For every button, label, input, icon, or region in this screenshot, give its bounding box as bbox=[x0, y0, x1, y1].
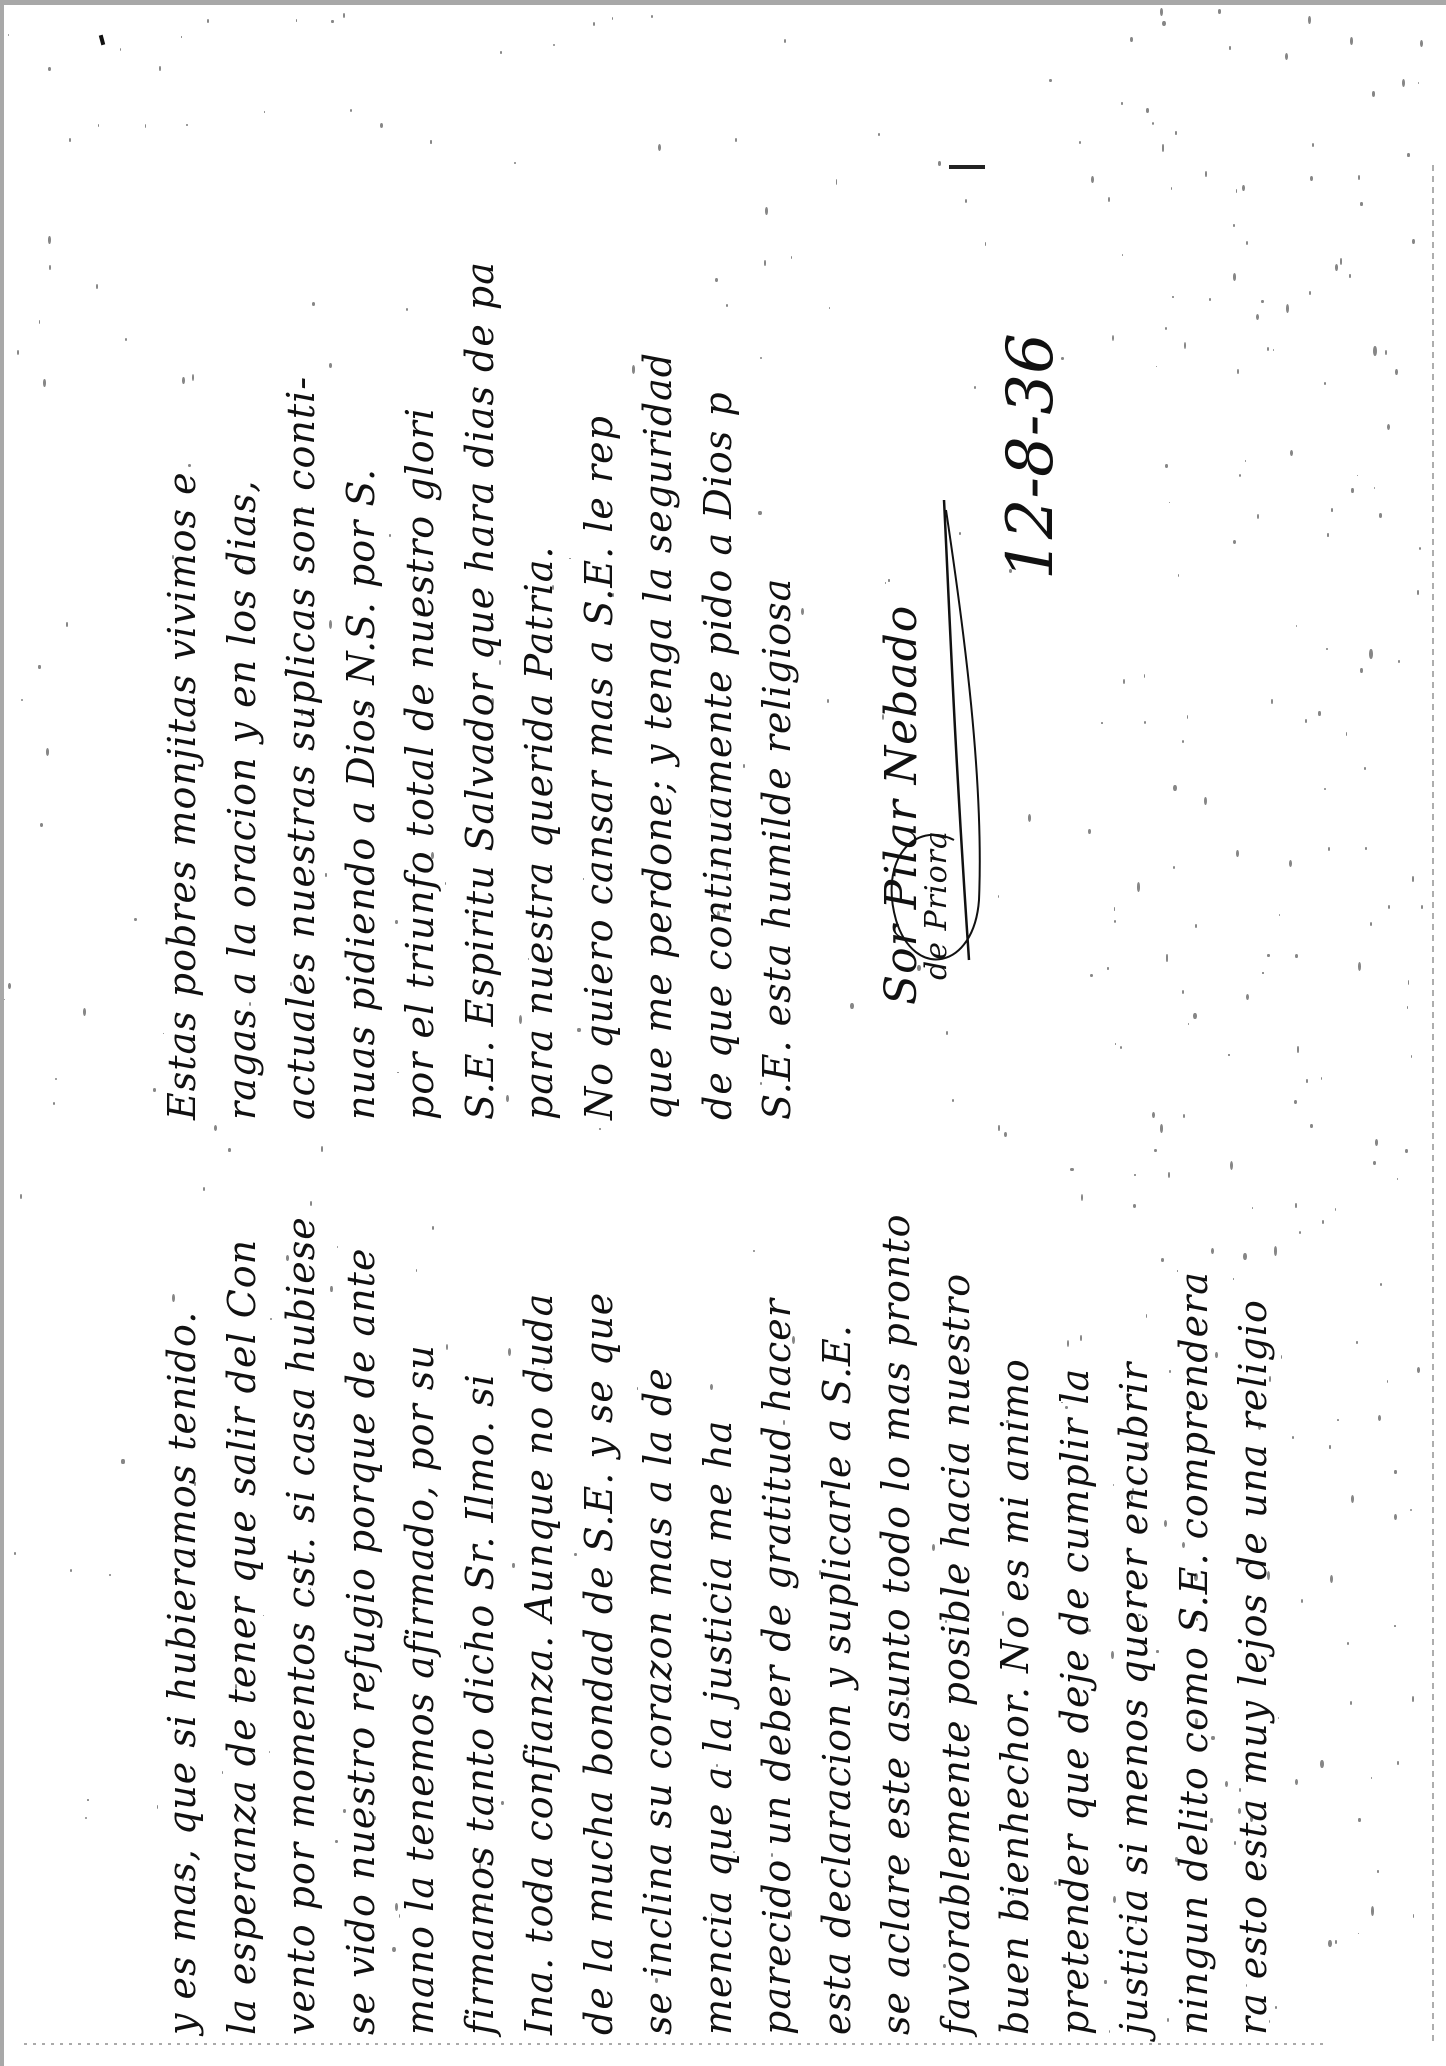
scan-speckle bbox=[1410, 1509, 1412, 1511]
scan-speckle bbox=[1187, 715, 1188, 719]
scan-speckle bbox=[1080, 1335, 1082, 1341]
scan-speckle bbox=[1388, 905, 1390, 909]
scan-speckle bbox=[1169, 502, 1170, 504]
scan-speckle bbox=[1318, 711, 1321, 715]
scan-speckle bbox=[632, 365, 635, 373]
scan-speckle bbox=[1133, 1640, 1135, 1643]
scan-speckle bbox=[1233, 224, 1235, 228]
scan-speckle bbox=[1267, 954, 1269, 957]
scan-speckle bbox=[827, 699, 829, 703]
scan-speckle bbox=[583, 878, 585, 880]
letter-line-lower: esta declaracion y suplicarle a S.E. bbox=[815, 1324, 859, 2035]
scan-speckle bbox=[228, 1148, 231, 1152]
scan-speckle bbox=[1164, 1520, 1167, 1527]
scan-speckle bbox=[819, 1570, 821, 1575]
scan-speckle bbox=[1331, 508, 1334, 512]
scan-speckle bbox=[1327, 533, 1328, 537]
scan-speckle bbox=[1211, 1736, 1214, 1740]
scan-speckle bbox=[998, 1125, 1000, 1130]
scan-speckle bbox=[21, 699, 23, 701]
scan-speckle bbox=[1108, 197, 1110, 202]
scan-speckle bbox=[1358, 1933, 1359, 1935]
scan-speckle bbox=[1081, 1194, 1083, 1201]
scan-speckle bbox=[1395, 369, 1397, 375]
scan-speckle bbox=[1335, 1940, 1337, 1944]
scan-speckle bbox=[1420, 40, 1423, 47]
letter-line-lower: ra esto esta muy lejos de una religio bbox=[1231, 1299, 1275, 2035]
scan-speckle bbox=[1305, 719, 1308, 723]
scan-speckle bbox=[389, 534, 391, 537]
scan-speckle bbox=[882, 714, 884, 720]
letter-line-lower: pretender que deje de cumplir la bbox=[1053, 1368, 1097, 2035]
scan-speckle bbox=[134, 918, 137, 921]
scan-speckle bbox=[145, 124, 147, 129]
scan-speckle bbox=[296, 1571, 297, 1574]
scan-speckle bbox=[1417, 590, 1420, 594]
scan-speckle bbox=[182, 377, 185, 384]
scan-speckle bbox=[1412, 876, 1414, 881]
scan-speckle bbox=[1380, 1283, 1382, 1285]
scan-speckle bbox=[540, 1887, 541, 1891]
scan-speckle bbox=[658, 144, 661, 151]
scan-speckle bbox=[1195, 1718, 1197, 1725]
scan-speckle bbox=[1292, 1436, 1294, 1439]
scan-speckle bbox=[1407, 153, 1409, 157]
scan-speckle bbox=[1358, 962, 1361, 971]
letter-line-lower: mencia que a la justicia me ha bbox=[696, 1420, 740, 2035]
scan-speckle bbox=[1289, 860, 1292, 867]
scan-speckle bbox=[1109, 2030, 1110, 2033]
scan-speckle bbox=[1360, 668, 1363, 673]
scan-speckle bbox=[1413, 1914, 1415, 1918]
scan-speckle bbox=[55, 1078, 57, 1081]
scan-speckle bbox=[125, 338, 127, 342]
scan-speckle bbox=[1378, 1415, 1381, 1421]
scan-speckle bbox=[1275, 2006, 1277, 2008]
scan-speckle bbox=[1308, 16, 1311, 24]
scan-speckle bbox=[938, 161, 941, 165]
scan-speckle bbox=[1061, 1402, 1062, 1404]
scan-speckle bbox=[1330, 1575, 1333, 1583]
scan-speckle bbox=[1335, 264, 1338, 271]
scan-speckle bbox=[974, 386, 976, 389]
scan-speckle bbox=[764, 260, 766, 266]
letter-line-upper: para nuestra querida Patria. bbox=[517, 546, 561, 1121]
scan-speckle bbox=[508, 1348, 511, 1356]
scan-speckle bbox=[1326, 648, 1328, 650]
letter-line-lower: firmamos tanto dicho Sr. Ilmo. si bbox=[458, 1373, 502, 2035]
scan-speckle bbox=[1296, 625, 1297, 627]
letter-line-lower: Ina. toda confianza. Aunque no duda bbox=[517, 1293, 561, 2035]
scan-speckle bbox=[1104, 1980, 1106, 1984]
scan-speckle bbox=[850, 1003, 853, 1009]
scan-speckle bbox=[1229, 46, 1230, 50]
scan-speckle bbox=[1407, 1006, 1408, 1008]
scan-speckle bbox=[1347, 1642, 1349, 1644]
scan-speckle bbox=[85, 1817, 87, 1819]
scan-speckle bbox=[735, 138, 737, 142]
scan-speckle bbox=[651, 15, 653, 18]
scan-speckle bbox=[1256, 314, 1259, 320]
scan-speckle bbox=[1215, 1352, 1218, 1358]
scan-speckle bbox=[943, 1964, 946, 1968]
scan-speckle bbox=[1236, 189, 1238, 193]
scan-speckle bbox=[1112, 335, 1114, 341]
scan-speckle bbox=[829, 307, 830, 309]
letter-line-lower: se inclina su corazon mas a la de bbox=[636, 1367, 680, 2035]
scan-speckle bbox=[446, 1344, 448, 1350]
letter-line-upper: S.E. Espiritu Salvador que hara dias de … bbox=[458, 261, 502, 1120]
scan-speckle bbox=[121, 1459, 124, 1464]
scan-speckle bbox=[1218, 9, 1221, 14]
scan-speckle bbox=[1408, 980, 1410, 985]
scan-speckle bbox=[263, 1615, 264, 1616]
scan-speckle bbox=[1274, 1246, 1277, 1256]
letter-line-lower: buen bienhechor. No es mi animo bbox=[993, 1358, 1037, 2035]
scan-speckle bbox=[791, 256, 792, 258]
scan-speckle bbox=[416, 1269, 418, 1273]
scan-speckle bbox=[1143, 1602, 1146, 1609]
scan-speckle bbox=[1162, 21, 1165, 26]
scan-speckle bbox=[499, 660, 501, 665]
scan-speckle bbox=[1324, 382, 1327, 385]
scan-speckle bbox=[329, 363, 332, 368]
scan-speckle bbox=[1397, 1178, 1398, 1180]
scan-speckle bbox=[1358, 1818, 1361, 1823]
scan-speckle bbox=[48, 67, 51, 72]
scan-speckle bbox=[1079, 141, 1081, 144]
scan-speckle bbox=[98, 124, 100, 128]
scan-speckle bbox=[1161, 1258, 1164, 1262]
scan-speckle bbox=[733, 1851, 735, 1853]
letter-line-lower: justicia si menos querer encubrir bbox=[1112, 1362, 1156, 2035]
scan-speckle bbox=[1120, 1046, 1122, 1049]
scan-speckle bbox=[985, 242, 987, 245]
scan-speckle bbox=[1233, 540, 1236, 544]
scan-speckle bbox=[4, 999, 5, 1000]
scan-speckle bbox=[296, 19, 298, 22]
scan-speckle bbox=[66, 622, 69, 627]
scan-speckle bbox=[1281, 1355, 1282, 1359]
scan-speckle bbox=[186, 124, 188, 126]
scan-speckle bbox=[1350, 37, 1353, 44]
scan-speckle bbox=[1236, 850, 1239, 857]
scan-speckle bbox=[1394, 1470, 1396, 1474]
scan-speckle bbox=[1172, 296, 1174, 299]
scan-speckle bbox=[1168, 1172, 1170, 1178]
scan-speckle bbox=[207, 19, 209, 23]
scan-speckle bbox=[286, 1255, 289, 1260]
scan-speckle bbox=[1175, 131, 1176, 135]
scan-speckle bbox=[1412, 239, 1415, 245]
scan-speckle bbox=[917, 965, 920, 971]
scan-speckle bbox=[406, 308, 408, 311]
scan-speckle bbox=[1360, 202, 1363, 205]
scan-speckle bbox=[1295, 1203, 1297, 1208]
scan-speckle bbox=[743, 764, 745, 767]
scan-speckle bbox=[1394, 1625, 1395, 1627]
scan-speckle bbox=[1312, 143, 1314, 147]
scan-speckle bbox=[1123, 679, 1125, 684]
scan-speckle bbox=[1385, 350, 1387, 355]
scan-speckle bbox=[194, 1482, 196, 1486]
scan-speckle bbox=[1114, 907, 1116, 910]
scan-speckle bbox=[1004, 1132, 1007, 1137]
scan-speckle bbox=[612, 17, 614, 21]
scan-speckle bbox=[1279, 914, 1280, 916]
scan-speckle bbox=[552, 585, 554, 590]
scan-speckle bbox=[1238, 1808, 1241, 1814]
scan-speckle bbox=[998, 895, 999, 899]
scan-speckle bbox=[1335, 1208, 1337, 1212]
scan-speckle bbox=[1166, 954, 1169, 961]
scan-speckle bbox=[1165, 464, 1168, 467]
scan-speckle bbox=[1246, 994, 1249, 1001]
scan-speckle bbox=[1358, 175, 1360, 180]
scan-speckle bbox=[1369, 649, 1372, 659]
scan-speckle bbox=[1294, 1100, 1297, 1104]
scan-speckle bbox=[1309, 291, 1311, 295]
letter-line-upper: ragas a la oracion y en los dias, bbox=[220, 480, 264, 1120]
scan-speckle bbox=[1387, 424, 1390, 431]
scan-speckle bbox=[1156, 1650, 1158, 1653]
scan-speckle bbox=[491, 698, 494, 706]
scan-speckle bbox=[1310, 176, 1313, 181]
letter-line-lower: parecido un deber de gratitud hacer bbox=[755, 1298, 799, 2035]
scan-speckle bbox=[1205, 171, 1208, 177]
scan-speckle bbox=[1320, 1760, 1323, 1768]
scan-speckle bbox=[514, 162, 516, 164]
scan-speckle bbox=[940, 1588, 943, 1593]
scan-speckle bbox=[1252, 1207, 1253, 1209]
scan-speckle bbox=[431, 852, 434, 859]
ink-dash bbox=[949, 165, 985, 169]
scan-speckle bbox=[1324, 788, 1326, 790]
scan-speckle bbox=[38, 665, 40, 668]
scan-speckle bbox=[242, 567, 243, 569]
scan-speckle bbox=[1194, 1573, 1197, 1581]
scan-speckle bbox=[325, 873, 327, 876]
letter-line-upper: nuas pidiendo a Dios N.S. por S. bbox=[339, 468, 383, 1120]
scan-speckle bbox=[343, 13, 345, 18]
scan-speckle bbox=[1250, 1816, 1253, 1823]
scan-speckle bbox=[337, 1246, 338, 1248]
scan-speckle bbox=[1246, 241, 1248, 245]
scan-speckle bbox=[87, 1799, 88, 1801]
scan-speckle bbox=[172, 1294, 175, 1302]
letter-line-lower: se aclare este asunto todo lo mas pronto bbox=[874, 1213, 918, 2035]
scan-speckle bbox=[53, 1102, 56, 1105]
scan-speckle bbox=[1070, 1168, 1073, 1171]
scan-speckle bbox=[1009, 569, 1012, 573]
scan-speckle bbox=[500, 51, 502, 54]
letter-date: 12-8-36 bbox=[994, 333, 1068, 580]
scan-speckle bbox=[657, 1899, 658, 1900]
scan-speckle bbox=[1160, 8, 1163, 16]
scan-speckle bbox=[728, 611, 730, 615]
scan-speckle bbox=[1144, 674, 1145, 678]
scan-speckle bbox=[310, 1201, 312, 1206]
scan-speckle bbox=[512, 1563, 514, 1568]
scan-speckle bbox=[1261, 300, 1264, 304]
scan-speckle bbox=[1195, 924, 1197, 927]
scan-speckle bbox=[46, 748, 49, 756]
scan-speckle bbox=[1209, 298, 1211, 300]
scan-speckle bbox=[1067, 1340, 1070, 1347]
scan-speckle bbox=[1357, 475, 1358, 476]
scan-speckle bbox=[214, 1125, 217, 1132]
scan-speckle bbox=[1239, 1788, 1242, 1791]
scan-speckle bbox=[264, 111, 265, 113]
scan-speckle bbox=[1321, 1077, 1322, 1080]
scan-speckle bbox=[1090, 974, 1093, 977]
scan-speckle bbox=[965, 199, 967, 202]
letter-line-upper: Estas pobres monjitas vivimos e bbox=[160, 471, 204, 1120]
scan-speckle bbox=[1290, 450, 1293, 456]
scan-speckle bbox=[783, 1420, 786, 1425]
letter-line-upper: de que continuamente pido a Dios p bbox=[696, 391, 740, 1120]
scan-speckle bbox=[1132, 1488, 1135, 1493]
scan-speckle bbox=[269, 1751, 270, 1753]
scan-speckle bbox=[1135, 1921, 1137, 1924]
scan-speckle bbox=[1182, 990, 1184, 994]
scan-speckle bbox=[1285, 53, 1288, 61]
scan-speckle bbox=[83, 1008, 86, 1016]
scan-speckle bbox=[878, 133, 880, 136]
scan-speckle bbox=[1411, 1055, 1412, 1058]
scan-speckle bbox=[553, 44, 555, 46]
scan-speckle bbox=[1337, 1419, 1339, 1421]
scan-speckle bbox=[836, 179, 838, 184]
scan-speckle bbox=[1242, 185, 1245, 191]
scan-speckle bbox=[1322, 1220, 1324, 1224]
scan-speckle bbox=[335, 1840, 338, 1843]
scan-speckle bbox=[380, 123, 383, 128]
scan-speckle bbox=[1173, 785, 1176, 791]
scan-speckle bbox=[430, 140, 431, 144]
scan-speckle bbox=[1243, 1253, 1246, 1260]
scan-speckle bbox=[1398, 660, 1400, 664]
scan-speckle bbox=[172, 555, 174, 559]
scan-speckle bbox=[1178, 574, 1179, 577]
scan-speckle bbox=[784, 39, 786, 43]
scan-speckle bbox=[885, 582, 886, 585]
scan-speckle bbox=[1373, 1161, 1376, 1166]
scan-speckle bbox=[593, 22, 595, 26]
scan-speckle bbox=[1156, 366, 1157, 368]
scan-speckle bbox=[1184, 342, 1186, 349]
scan-speckle bbox=[1329, 1445, 1330, 1449]
scan-speckle bbox=[577, 1028, 580, 1032]
scan-speckle bbox=[1297, 1046, 1299, 1053]
scan-speckle bbox=[1114, 920, 1116, 923]
scan-speckle bbox=[599, 1128, 600, 1130]
scan-speckle bbox=[1370, 922, 1372, 925]
scan-speckle bbox=[1402, 79, 1405, 87]
scan-speckle bbox=[1373, 346, 1376, 356]
scan-speckle bbox=[1115, 1043, 1116, 1045]
scan-speckle bbox=[1171, 187, 1173, 190]
letter-line-lower: favorablemente posible hacia nuestro bbox=[934, 1273, 978, 2035]
scan-speckle bbox=[1131, 1495, 1133, 1500]
scan-speckle bbox=[1101, 722, 1102, 724]
scan-speckle bbox=[1204, 797, 1207, 806]
page-right-edge bbox=[1432, 165, 1434, 2045]
letter-line-upper: por el triunfo total de nuestro glori bbox=[398, 407, 442, 1120]
scan-speckle bbox=[1295, 954, 1298, 958]
scan-speckle bbox=[1295, 1779, 1298, 1785]
scan-speckle bbox=[40, 823, 43, 827]
scan-speckle bbox=[1144, 721, 1146, 724]
scan-speckle bbox=[1146, 1314, 1147, 1317]
scan-speckle bbox=[1346, 732, 1348, 736]
scan-speckle bbox=[1173, 866, 1175, 869]
scan-speckle bbox=[392, 1947, 395, 1952]
scan-speckle bbox=[1130, 37, 1133, 42]
scanned-letter-page: y es mas, que si hubieramos tenido.Estas… bbox=[0, 0, 1446, 2066]
scan-speckle bbox=[569, 558, 570, 559]
scan-speckle bbox=[801, 608, 804, 616]
scan-speckle bbox=[1186, 2021, 1188, 2026]
scan-speckle bbox=[331, 20, 333, 23]
scan-speckle bbox=[120, 48, 121, 51]
letter-line-upper: que me perdone; y tenga la seguridad bbox=[636, 352, 680, 1120]
scan-speckle bbox=[501, 1801, 504, 1805]
scan-speckle bbox=[1160, 1124, 1163, 1132]
scan-speckle bbox=[1405, 1149, 1408, 1154]
scan-speckle bbox=[1364, 767, 1366, 771]
scan-speckle bbox=[181, 36, 182, 38]
scan-speckle bbox=[758, 511, 761, 515]
scan-speckle bbox=[1006, 1420, 1008, 1424]
scan-speckle bbox=[1377, 1870, 1378, 1873]
scan-speckle bbox=[1121, 102, 1122, 106]
scan-speckle bbox=[17, 350, 19, 355]
scan-speckle bbox=[1365, 847, 1367, 850]
scan-speckle bbox=[1418, 82, 1419, 84]
letter-line-lower: se vido nuestro refugio porque de ante bbox=[339, 1248, 383, 2035]
scan-speckle bbox=[506, 1095, 509, 1102]
scan-speckle bbox=[726, 304, 728, 307]
scan-speckle bbox=[715, 278, 718, 283]
scan-speckle bbox=[760, 357, 762, 359]
scan-speckle bbox=[771, 1853, 773, 1857]
scan-speckle bbox=[1245, 460, 1246, 462]
scan-speckle bbox=[1091, 176, 1094, 183]
scan-speckle bbox=[1237, 369, 1239, 375]
scan-speckle bbox=[1417, 1367, 1420, 1373]
scan-speckle bbox=[543, 1368, 545, 1370]
scan-speckle bbox=[1375, 1139, 1378, 1146]
scan-speckle bbox=[188, 464, 191, 467]
scan-speckle bbox=[1257, 514, 1259, 519]
scan-speckle bbox=[1230, 1161, 1233, 1171]
scan-speckle bbox=[1146, 1442, 1149, 1447]
scan-speckle bbox=[1211, 1248, 1214, 1254]
scan-speckle bbox=[1167, 2018, 1169, 2021]
scan-speckle bbox=[1269, 1376, 1271, 1382]
scan-speckle bbox=[1233, 1278, 1234, 1280]
scan-speckle bbox=[655, 1978, 658, 1983]
scan-speckle bbox=[1397, 1761, 1399, 1765]
scan-speckle bbox=[1421, 905, 1423, 909]
letter-line-upper: actuales nuestras suplicas son conti- bbox=[279, 376, 323, 1120]
scan-speckle bbox=[1122, 254, 1123, 256]
scan-speckle bbox=[222, 1771, 224, 1774]
scan-speckle bbox=[1152, 122, 1154, 125]
scan-speckle bbox=[48, 236, 51, 243]
scan-speckle bbox=[1299, 1231, 1302, 1234]
